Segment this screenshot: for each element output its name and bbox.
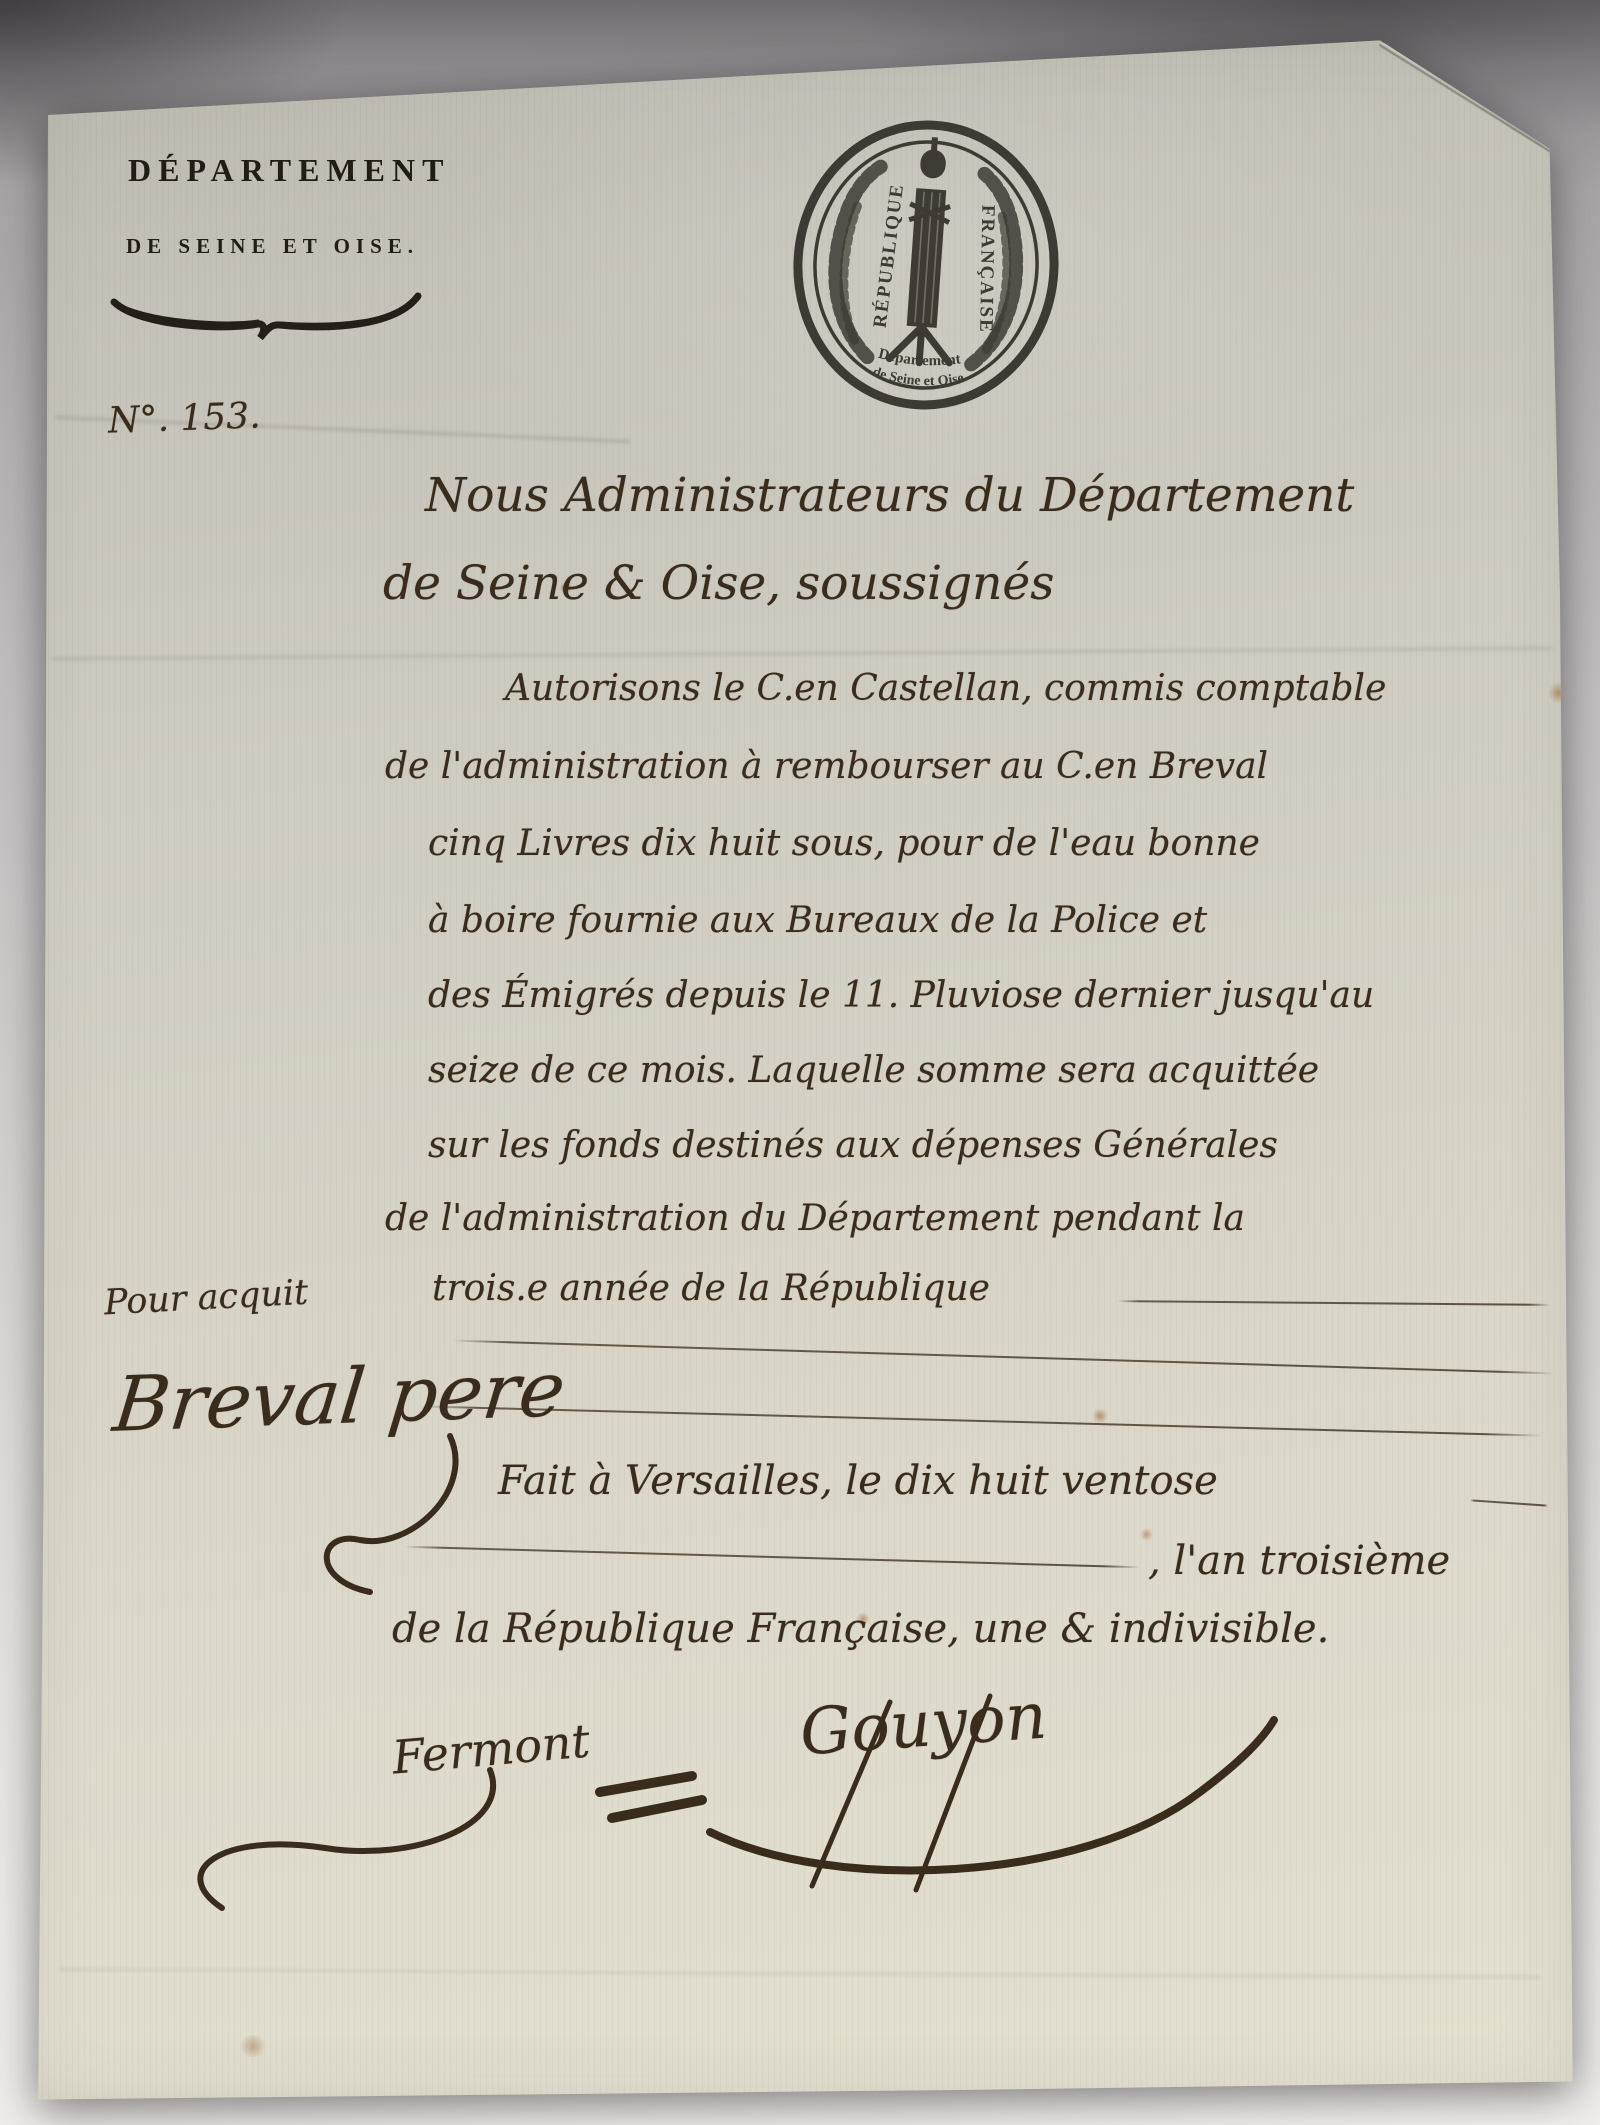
ink-rule (1118, 1300, 1550, 1306)
ink-rule (1470, 1499, 1548, 1507)
fold-crease-line (1379, 44, 1551, 152)
breval-signature-flourish (300, 1430, 560, 1610)
letterhead-department: DÉPARTEMENT (128, 152, 450, 189)
stamp-text-republique: RÉPUBLIQUE (869, 182, 909, 329)
closing-place-date: Fait à Versailles, le dix huit ventose (498, 1458, 1218, 1504)
photo-of-document: DÉPARTEMENT DE SEINE ET OISE. (0, 0, 1600, 2125)
paper-crease (60, 1968, 1540, 1979)
document-paper: DÉPARTEMENT DE SEINE ET OISE. (0, 0, 1600, 2125)
body-line: cinq Livres dix huit sous, pour de l'eau… (428, 823, 1260, 864)
heading-line2: de Seine & Oise, soussignés (383, 556, 1054, 611)
body-line: seize de ce mois. Laquelle somme sera ac… (428, 1050, 1319, 1091)
heading-line1: Nous Administrateurs du Département (425, 468, 1354, 523)
body-line: à boire fournie aux Bureaux de la Police… (428, 900, 1207, 941)
letterhead-seine-et-oise: DE SEINE ET OISE. (126, 234, 419, 259)
body-line: de l'administration du Département penda… (385, 1198, 1245, 1239)
ink-rule (420, 1405, 1542, 1437)
fasces-icon (889, 135, 965, 365)
body-line: de l'administration à rembourser au C.en… (385, 746, 1268, 787)
body-line: Autorisons le C.en Castellan, commis com… (505, 668, 1386, 709)
body-line: sur les fonds destinés aux dépenses Géné… (428, 1125, 1278, 1166)
pour-acquit-annotation: Pour acquit (103, 1273, 309, 1324)
closing-republique: de la République Française, une & indivi… (392, 1606, 1329, 1652)
body-line: des Émigrés depuis le 11. Pluviose derni… (428, 975, 1374, 1016)
foxing-spot (238, 2035, 268, 2057)
letterhead-flourish (108, 288, 424, 348)
document-number: N°. 153. (107, 395, 261, 441)
ink-rule (452, 1340, 1554, 1375)
foxing-spot (1548, 682, 1570, 704)
department-seal-stamp: RÉPUBLIQUE FRANÇAISE Département de Sein… (785, 112, 1067, 418)
closing-an-troisieme: , l'an troisième (1148, 1538, 1450, 1584)
stamp-text-francaise: FRANÇAISE (975, 205, 998, 334)
paper-shadow-wrap: DÉPARTEMENT DE SEINE ET OISE. (0, 0, 1600, 2125)
foxing-spot (1092, 1408, 1108, 1424)
gouyon-signature-flourish (560, 1680, 1320, 1930)
paper-crease (52, 647, 1552, 660)
body-line: trois.e année de la République (432, 1268, 990, 1309)
